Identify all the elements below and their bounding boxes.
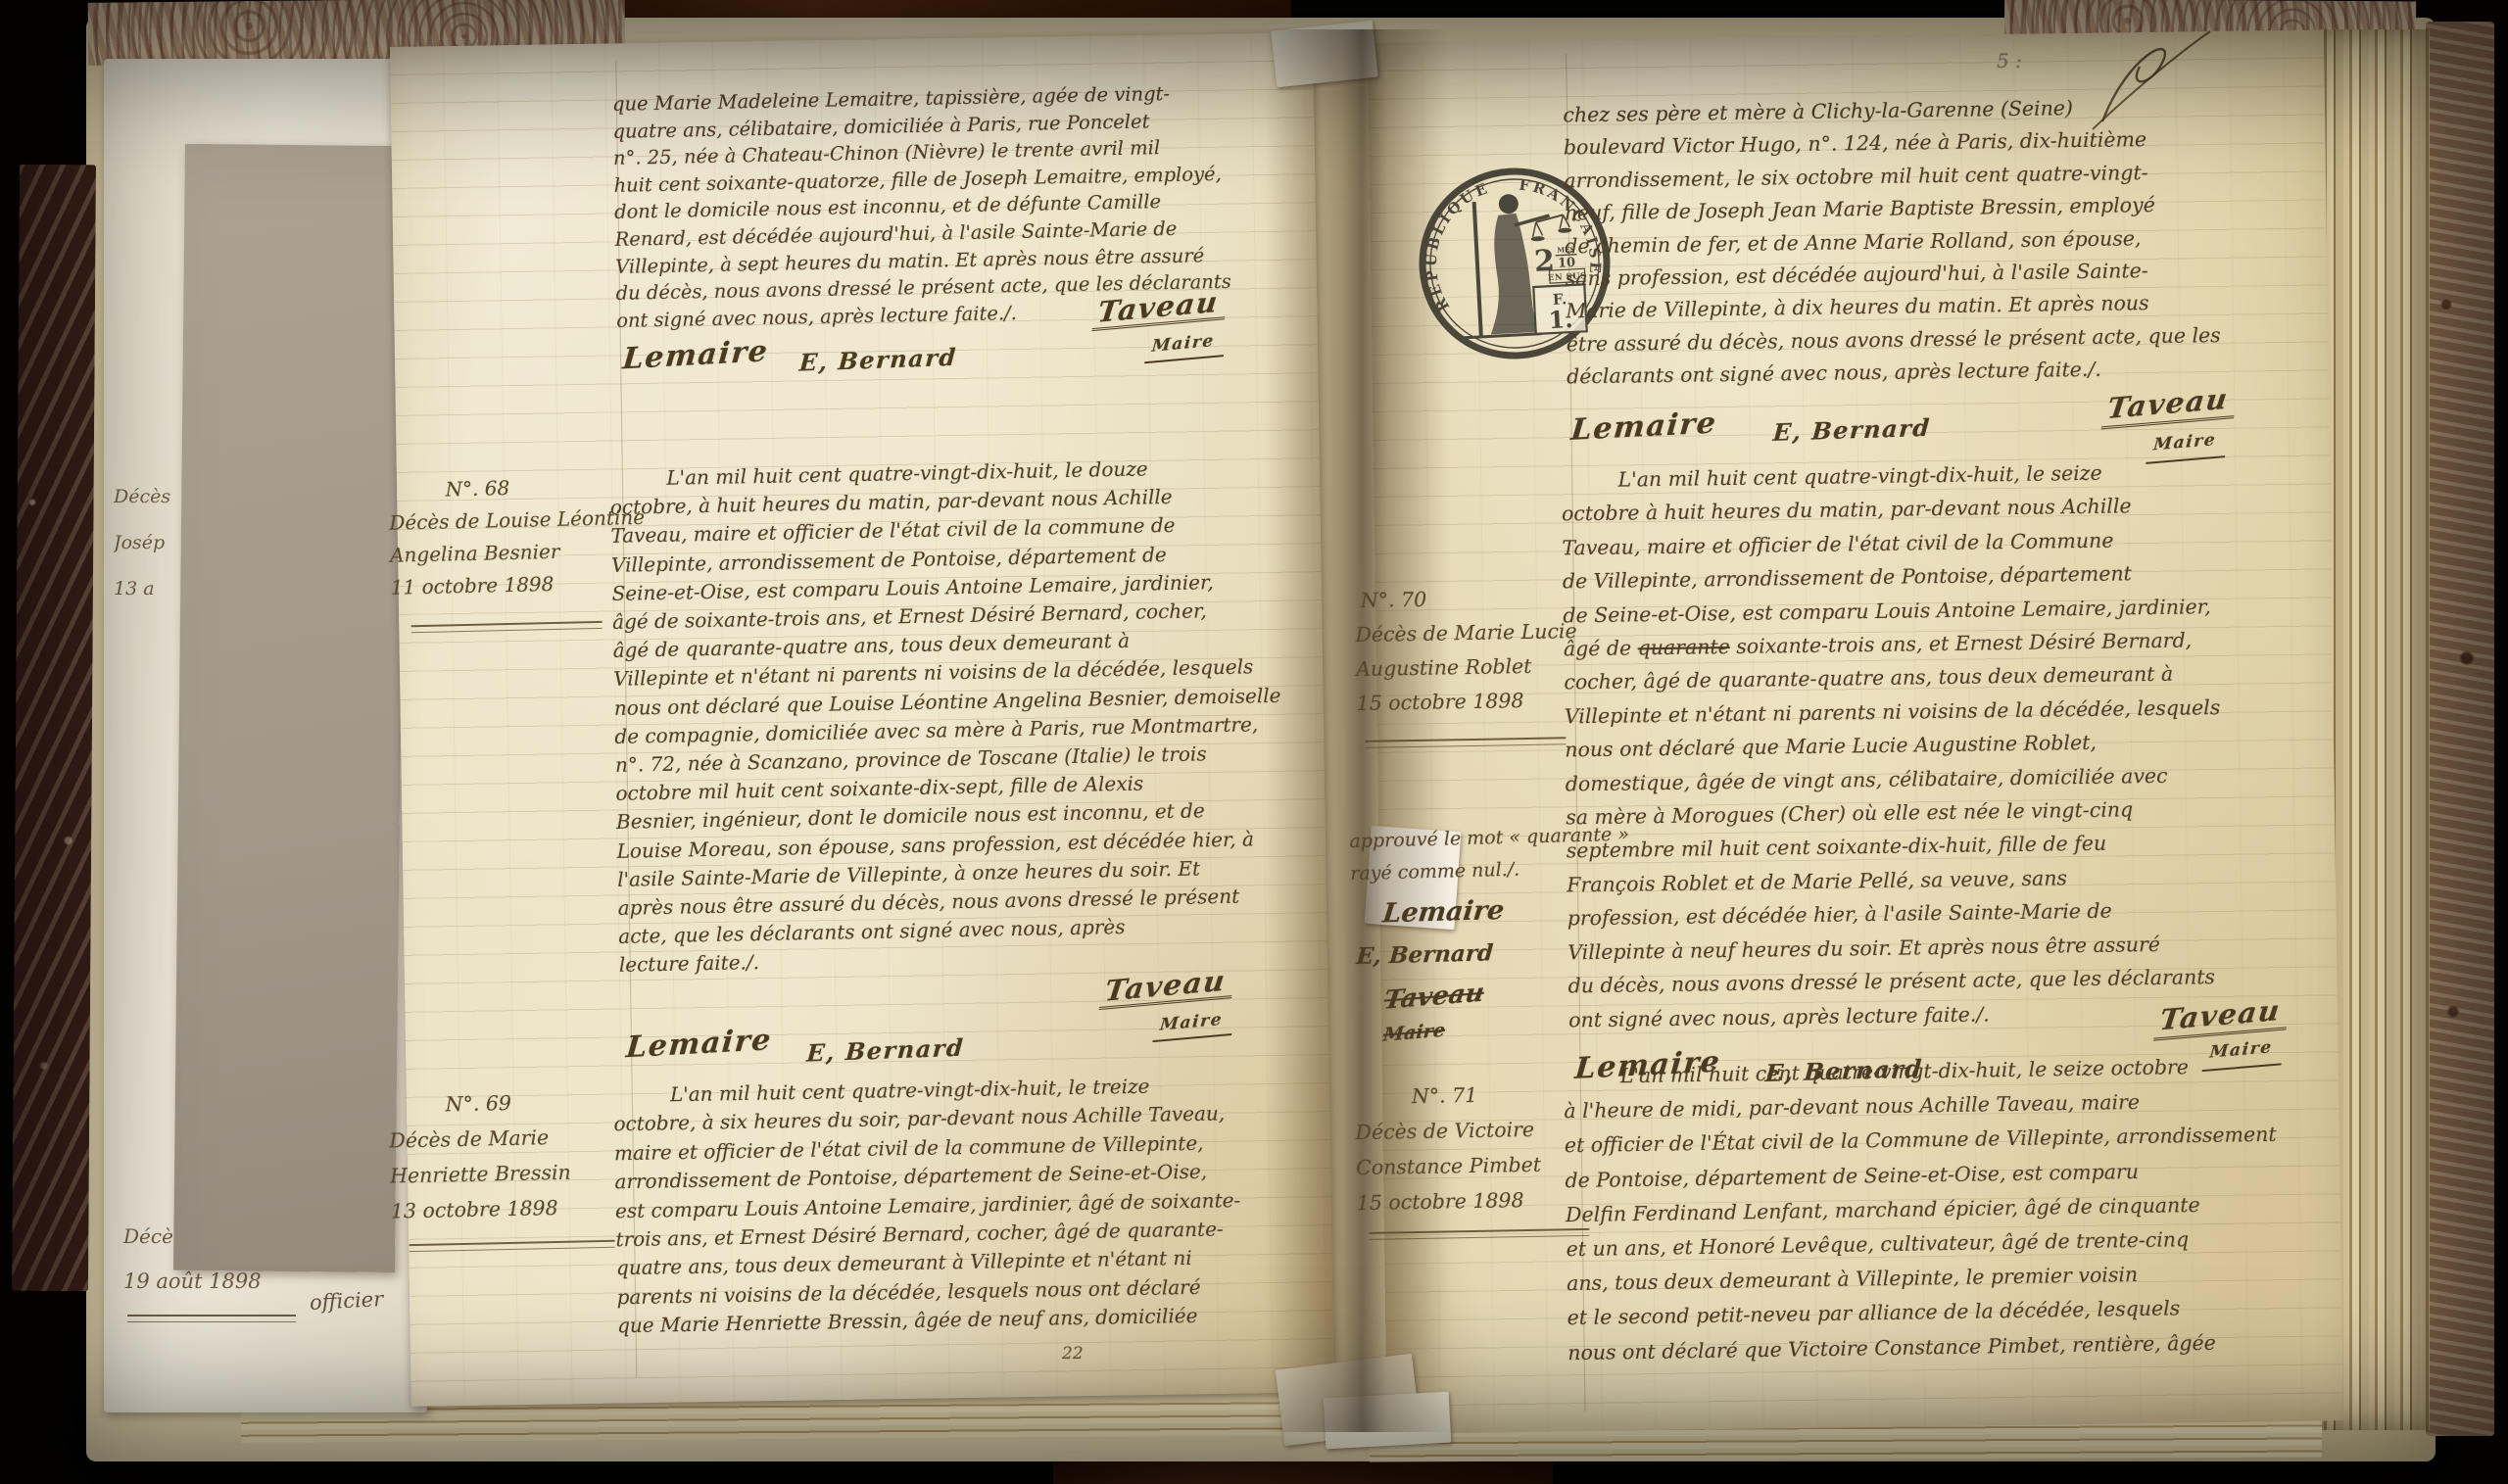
signature-lemaire: Lemaire bbox=[1381, 892, 1587, 931]
act-70-number: N°. 70 bbox=[1355, 580, 1583, 618]
handwriting-line: Décès bbox=[114, 474, 176, 520]
handwriting-line: Décès de Louise Léontine bbox=[389, 502, 627, 539]
handwriting-line: Décès de Marie bbox=[389, 1118, 627, 1158]
handwriting-line: Angelina Besnier bbox=[390, 534, 628, 571]
act-69-ending-text: chez ses père et mère à Clichy-la-Garenn… bbox=[1563, 89, 2325, 492]
act-68-margin-title: Décès de Louise LéontineAngelina Besnier bbox=[389, 502, 627, 571]
under-page-margin-fragment: DécèsJosép13 a bbox=[114, 474, 176, 650]
act-69-margin-date: 13 octobre 1898 bbox=[391, 1188, 629, 1228]
handwriting-line: Décès de Victoire bbox=[1355, 1111, 1589, 1150]
act-71-lines: L'an mil huit cent quatre-vingt-dix-huit… bbox=[1564, 1048, 2335, 1370]
act-70-margin-note: N°. 70 Décès de Marie LucieAugustine Rob… bbox=[1355, 580, 1585, 748]
text-segment: soixante-trois ans, et Ernest Désiré Ber… bbox=[1730, 628, 2193, 658]
marbled-cover-left-edge bbox=[12, 165, 96, 1292]
act-70-approval-lines: approuvé le mot « quarante »rayé comme n… bbox=[1349, 820, 1584, 890]
left-page-number: 22 bbox=[1062, 1344, 1084, 1364]
under-page-fragment-officier: officier bbox=[309, 1287, 383, 1315]
act-70-margin-date: 15 octobre 1898 bbox=[1356, 683, 1584, 721]
signature-maire-title: Maire bbox=[1152, 1005, 1233, 1042]
act-71-margin-date: 15 octobre 1898 bbox=[1356, 1181, 1590, 1221]
act-69-lines: L'an mil huit cent quatre-vingt-dix-huit… bbox=[613, 1070, 1318, 1341]
signature-maire-title: Maire bbox=[1144, 328, 1226, 364]
handwriting-line: Constance Pimbet bbox=[1356, 1146, 1590, 1185]
right-page-pencil-number: 5 : bbox=[1997, 49, 2022, 72]
act-68-number: N°. 68 bbox=[388, 469, 626, 506]
under-page-double-rule bbox=[127, 1315, 296, 1322]
signature-lemaire: Lemaire bbox=[1569, 407, 1718, 447]
photo-scene: DécèsJosép13 a Décè 19 août 1898 officie… bbox=[0, 0, 2508, 1484]
handwriting-line: 13 a bbox=[114, 566, 176, 612]
signature-bernard: E, Bernard bbox=[1355, 934, 1587, 973]
act-68-lines: L'an mil huit cent quatre-vingt-dix-huit… bbox=[609, 452, 1319, 980]
under-page-fragment-date: 19 août 1898 bbox=[123, 1269, 262, 1293]
handwriting-line: Henriette Bressin bbox=[390, 1153, 628, 1193]
struck-word: quarante bbox=[1637, 635, 1729, 659]
act-71-number: N°. 71 bbox=[1355, 1076, 1589, 1115]
signature-bernard: E, Bernard bbox=[805, 1032, 965, 1067]
act-69-margin-note: N°. 69 Décès de MarieHenriette Bressin 1… bbox=[388, 1082, 628, 1252]
act-69-body-text: L'an mil huit cent quatre-vingt-dix-huit… bbox=[613, 1070, 1318, 1341]
act-71-body-text: L'an mil huit cent quatre-vingt-dix-huit… bbox=[1564, 1048, 2335, 1370]
marbled-cover-right-edge bbox=[2426, 22, 2494, 1436]
signature-taveau: Taveau bbox=[2101, 382, 2239, 430]
act-67-ending-text: que Marie Madeleine Lemaitre, tapissière… bbox=[612, 77, 1319, 432]
signature-lemaire: Lemaire bbox=[625, 1026, 773, 1062]
act-70-lines: L'an mil huit cent quatre-vingt-dix-huit… bbox=[1561, 454, 2327, 1037]
act-71-margin-title: Décès de VictoireConstance Pimbet bbox=[1355, 1111, 1589, 1185]
act-68-margin-date: 11 octobre 1898 bbox=[390, 566, 628, 603]
text-segment: âgé de bbox=[1564, 636, 1638, 660]
act-71-margin-note: N°. 71 Décès de VictoireConstance Pimbet… bbox=[1355, 1076, 1591, 1240]
signature-lemaire: Lemaire bbox=[621, 339, 769, 374]
act-70-body-text: L'an mil huit cent quatre-vingt-dix-huit… bbox=[1561, 454, 2328, 1135]
act-69-margin-title: Décès de MarieHenriette Bressin bbox=[389, 1118, 627, 1193]
under-page-fragment-deces: Décè bbox=[123, 1224, 173, 1248]
handwriting-line: Augustine Roblet bbox=[1356, 648, 1584, 687]
paper-slip-bottom-corner-2 bbox=[1324, 1392, 1452, 1450]
act-68-body-text: L'an mil huit cent quatre-vingt-dix-huit… bbox=[609, 452, 1321, 1077]
handwriting-line: rayé comme nul./. bbox=[1350, 852, 1584, 890]
signature-bernard: E, Bernard bbox=[1772, 410, 1932, 448]
handwriting-line: Josép bbox=[114, 520, 176, 566]
act-68-signatures: Taveau Maire Lemaire E, Bernard bbox=[619, 967, 1321, 1078]
act-70-margin-title: Décès de Marie LucieAugustine Roblet bbox=[1355, 614, 1583, 687]
act-70-margin-approval-note: approuvé le mot « quarante »rayé comme n… bbox=[1349, 820, 1588, 1047]
signature-bernard: E, Bernard bbox=[798, 344, 958, 377]
act-69-number: N°. 69 bbox=[388, 1082, 626, 1123]
act-69-end-lines: chez ses père et mère à Clichy-la-Garenn… bbox=[1563, 89, 2323, 394]
signature-taveau: Taveau bbox=[1099, 966, 1235, 1010]
act-68-margin-note: N°. 68 Décès de Louise LéontineAngelina … bbox=[388, 469, 629, 633]
handwriting-line: approuvé le mot « quarante » bbox=[1349, 820, 1583, 858]
gray-privacy-card bbox=[173, 144, 407, 1272]
handwriting-line: Décès de Marie Lucie bbox=[1355, 614, 1583, 652]
signature-taveau: Taveau bbox=[1091, 289, 1228, 332]
act-67-signatures: Taveau Maire Lemaire E, Bernard bbox=[616, 320, 1318, 432]
